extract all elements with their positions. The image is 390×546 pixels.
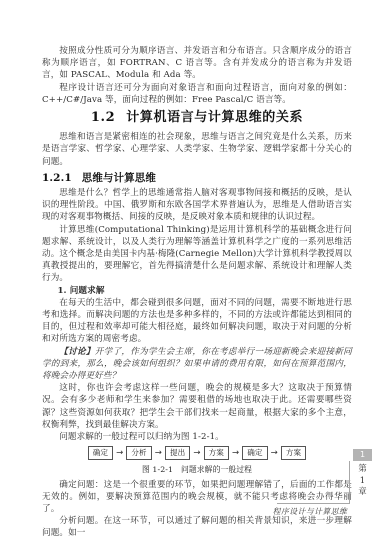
flowchart: 确定 → 分析 → 提出 → 方案 → 确定 → 方案	[42, 446, 352, 460]
figure-caption: 图 1-2-1 问题求解的一般过程	[42, 464, 352, 476]
chapter-char: 1	[353, 476, 372, 488]
chapter-margin-label: 第 1 章	[353, 464, 372, 499]
paragraph-party-considerations: 这时，你也许会考虑这样一些问题，晚会的规模是多大？这取决于预算情况。会有多少老师…	[42, 382, 352, 431]
paragraph-figure-lead-in: 问题求解的一般过程可以归纳为图 1-2-1。	[42, 431, 352, 443]
footer-rule	[277, 503, 350, 504]
arrow-right-icon: →	[232, 447, 239, 459]
paragraph-language-classification: 按照成分性质可分为顺序语言、并发语言和分布语言。只含顺序成分的语言称为顺序语言，…	[42, 45, 352, 82]
subsection-title: 思维与计算思维	[82, 172, 156, 184]
arrow-right-icon: →	[116, 447, 123, 459]
paragraph-computational-thinking: 计算思维(Computational Thinking)是运用计算机科学的基础概…	[42, 224, 352, 285]
section-number: 1.2	[91, 110, 115, 125]
arrow-right-icon: →	[155, 447, 162, 459]
paragraph-what-is-thinking: 思维是什么？哲学上的思维通常指人脑对客观事物间接和概括的反映，是认识的理性阶段。…	[42, 187, 352, 224]
flow-step: 分析	[126, 446, 151, 460]
chapter-margin-rule-vertical	[349, 461, 350, 504]
subsection-heading: 1.2.1思维与计算思维	[42, 172, 352, 184]
arrow-right-icon: →	[193, 447, 200, 459]
flow-step: 确定	[88, 446, 113, 460]
list-heading-problem-solving: 1. 问题求解	[42, 285, 352, 297]
page-number-tab: 1	[353, 449, 372, 461]
paragraph-daily-problems: 在每天的生活中，都会碰到很多问题，面对不同的问题，需要不断地进行思考和选择。而解…	[42, 297, 352, 346]
paragraph-section-intro: 思维和语言是紧密相连的社会现象，思维与语言之间究竟是什么关系，历来是语言学家、哲…	[42, 131, 352, 168]
figure-problem-solving-process: 确定 → 分析 → 提出 → 方案 → 确定 → 方案 图 1-2-1 问题求解…	[42, 446, 352, 476]
flow-step: 提出	[165, 446, 190, 460]
arrow-right-icon: →	[271, 447, 278, 459]
page-body: 按照成分性质可分为顺序语言、并发语言和分布语言。只含顺序成分的语言称为顺序语言，…	[42, 45, 352, 540]
subsection-number: 1.2.1	[42, 172, 72, 184]
footer-book-title: 程序设计与计算思维	[268, 506, 352, 517]
section-title: 计算机语言与计算思维的关系	[126, 110, 303, 125]
chapter-char: 第	[353, 464, 372, 476]
paragraph-analyze-problem: 分析问题。在这一环节，可以通过了解问题的相关背景知识，来进一步理解问题。如一	[42, 515, 352, 539]
chapter-char: 章	[353, 487, 372, 499]
flow-step: 方案	[204, 446, 229, 460]
discussion-block: 【讨论】开学了，作为学生会主席，你在考虑举行一场迎新晚会来迎接新同学的到来，那么…	[42, 346, 352, 383]
flow-step: 方案	[281, 446, 306, 460]
paragraph-language-paradigms: 程序设计语言还可分为面向对象语言和面向过程语言，面向对象的例如：C++/C#/J…	[42, 82, 352, 106]
flow-step: 确定	[242, 446, 267, 460]
discussion-label: 【讨论】	[59, 347, 95, 357]
section-heading: 1.2计算机语言与计算思维的关系	[42, 112, 352, 124]
